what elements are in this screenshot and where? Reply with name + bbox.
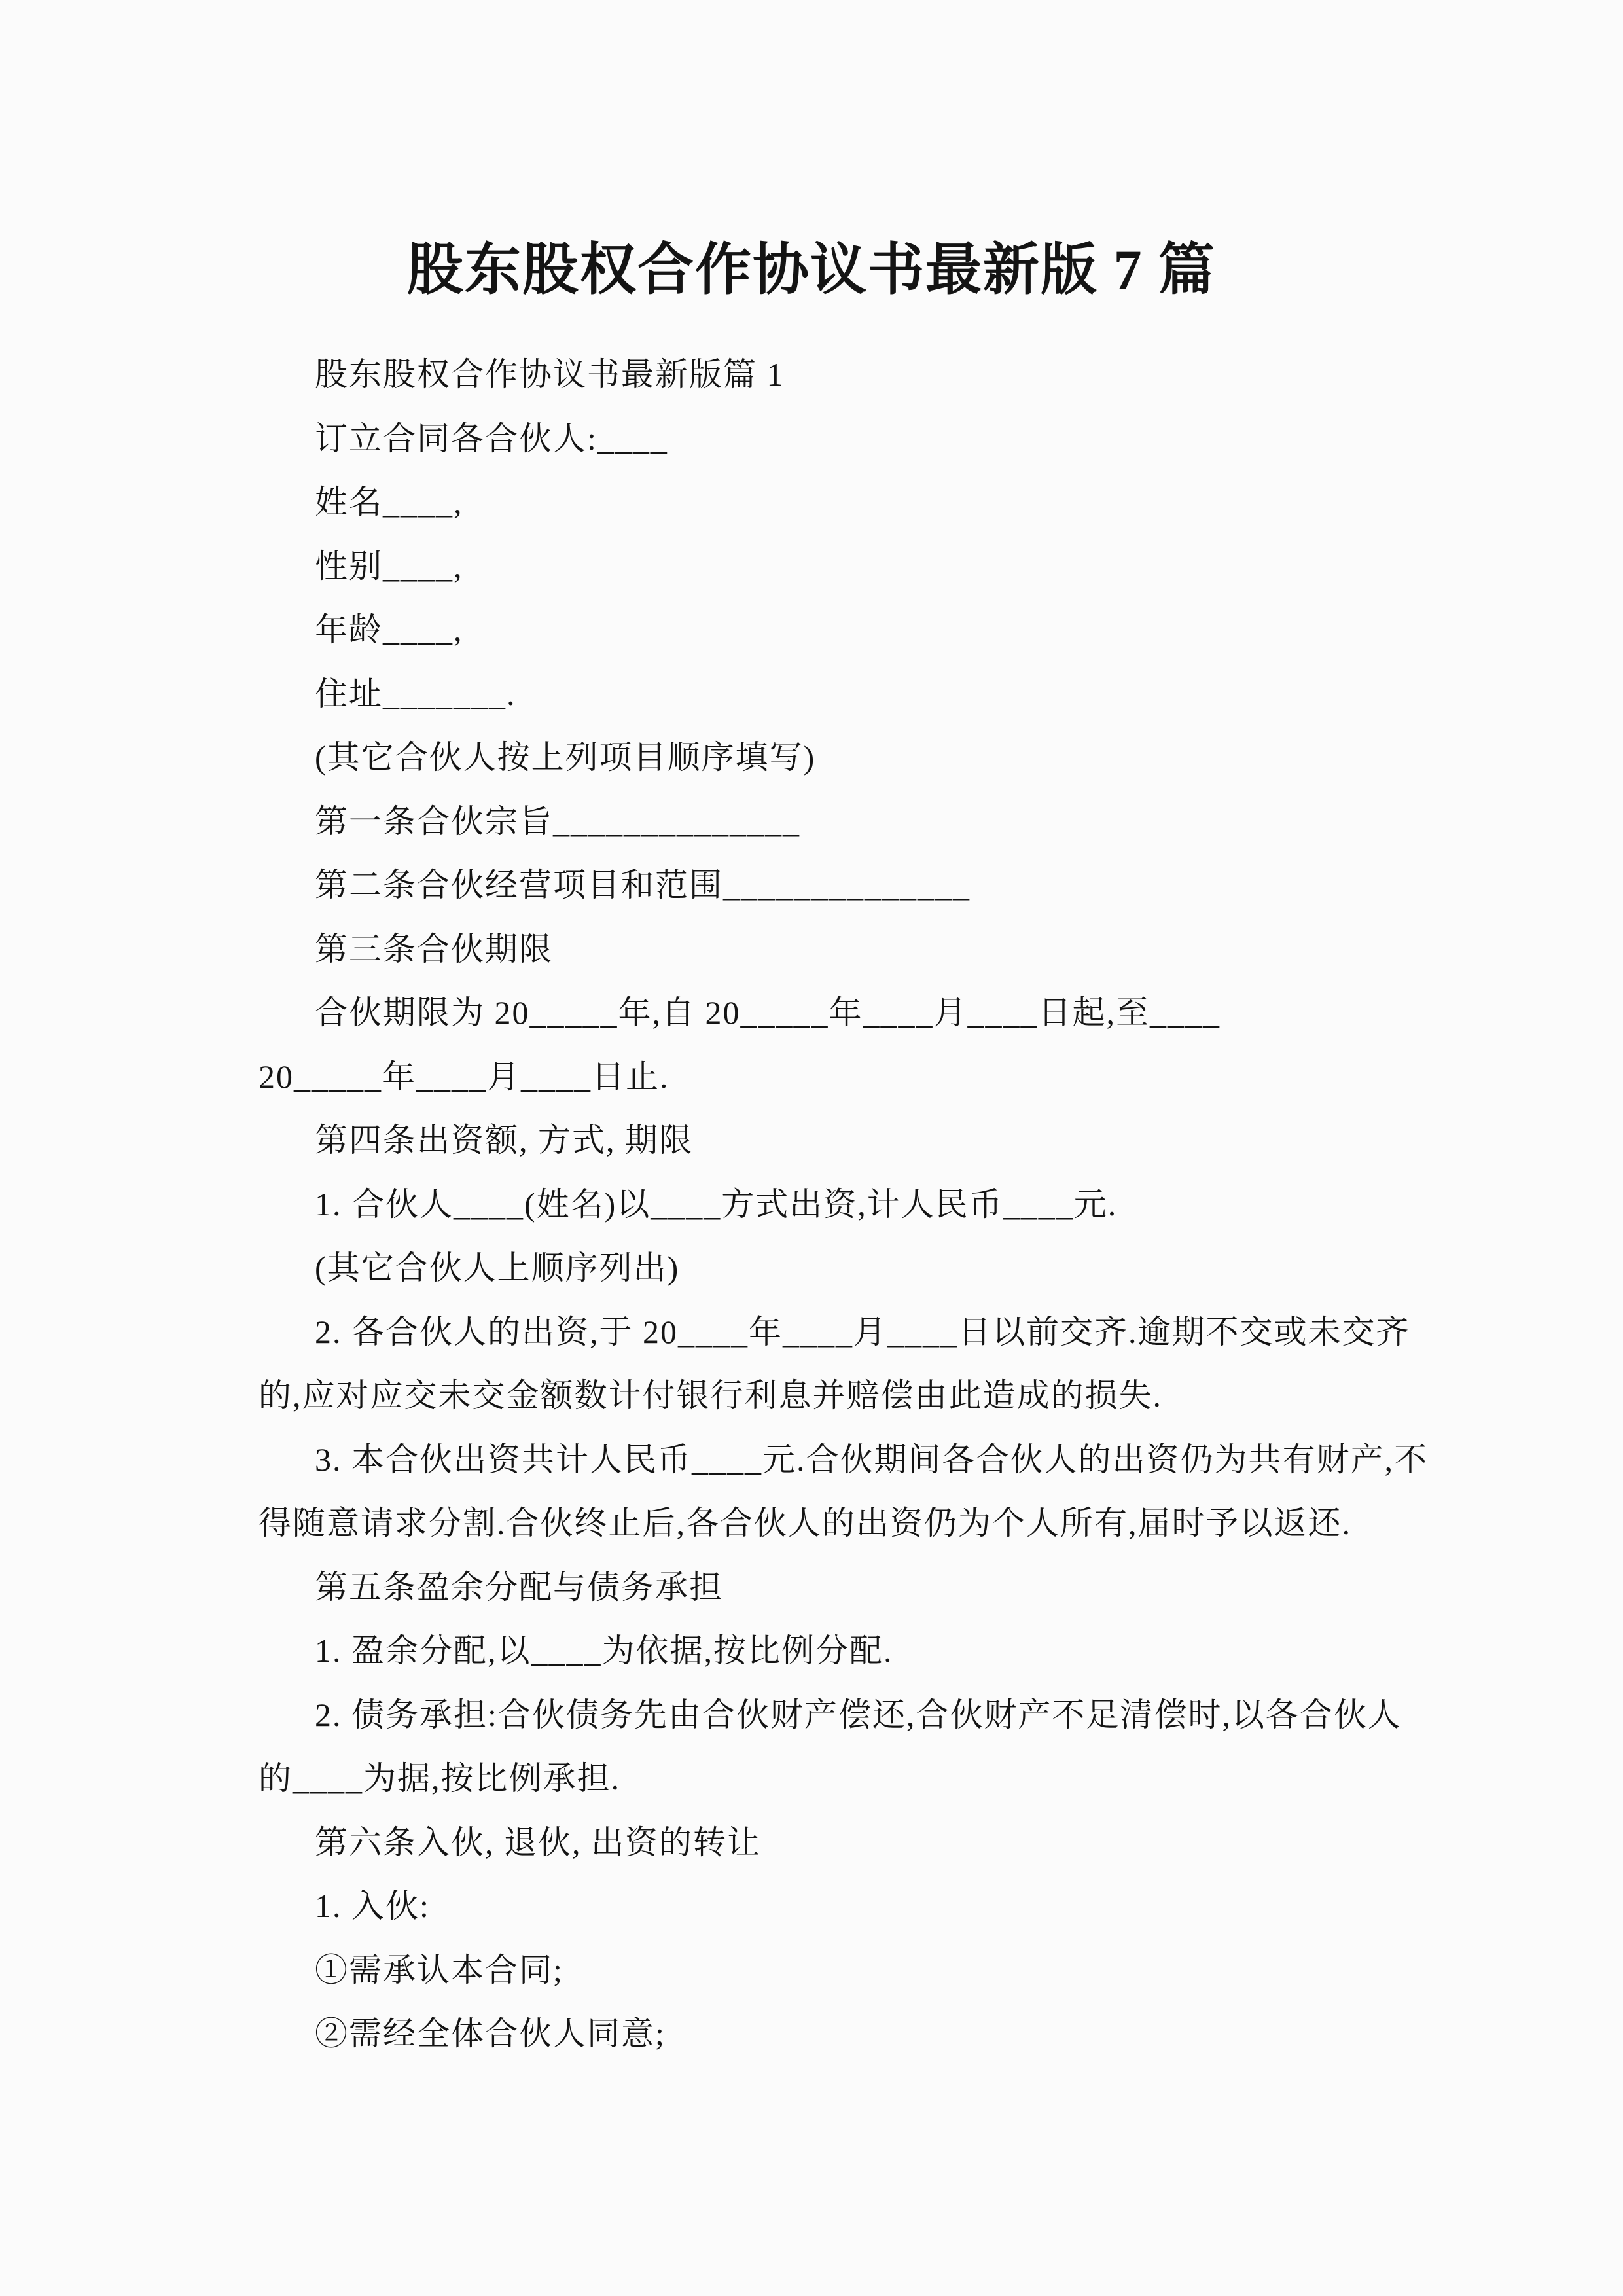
- document-line: 第三条合伙期限: [259, 918, 1479, 982]
- document-line: 1. 合伙人____(姓名)以____方式出资,计人民币____元.: [259, 1173, 1479, 1237]
- document-line: 第五条盈余分配与债务承担: [259, 1556, 1479, 1620]
- document-title: 股东股权合作协议书最新版 7 篇: [0, 0, 1623, 309]
- document-line: 的____为据,按比例承担.: [259, 1747, 1479, 1811]
- document-line: 20_____年____月____日止.: [259, 1045, 1479, 1109]
- document-line: (其它合伙人上顺序列出): [259, 1236, 1479, 1300]
- document-body: 股东股权合作协议书最新版篇 1订立合同各合伙人:____姓名____,性别___…: [0, 343, 1623, 2066]
- document-line: 第四条出资额, 方式, 期限: [259, 1109, 1479, 1173]
- document-line: 合伙期限为 20_____年,自 20_____年____月____日起,至__…: [259, 981, 1479, 1045]
- document-line: 第二条合伙经营项目和范围______________: [259, 853, 1479, 918]
- document-line: 住址_______.: [259, 662, 1479, 726]
- document-line: 2. 债务承担:合伙债务先由合伙财产偿还,合伙财产不足清偿时,以各合伙人: [259, 1683, 1479, 1748]
- document-line: 3. 本合伙出资共计人民币____元.合伙期间各合伙人的出资仍为共有财产,不: [259, 1428, 1479, 1492]
- document-line: (其它合伙人按上列项目顺序填写): [259, 726, 1479, 790]
- document-line: 股东股权合作协议书最新版篇 1: [259, 343, 1479, 407]
- document-line: 姓名____,: [259, 471, 1479, 535]
- document-line: 第六条入伙, 退伙, 出资的转让: [259, 1811, 1479, 1875]
- document-page: 股东股权合作协议书最新版 7 篇 股东股权合作协议书最新版篇 1订立合同各合伙人…: [0, 0, 1623, 2296]
- document-line: 性别____,: [259, 535, 1479, 599]
- document-line: 1. 盈余分配,以____为依据,按比例分配.: [259, 1619, 1479, 1683]
- document-line: 得随意请求分割.合伙终止后,各合伙人的出资仍为个人所有,届时予以返还.: [259, 1492, 1479, 1556]
- document-line: 的,应对应交未交金额数计付银行利息并赔偿由此造成的损失.: [259, 1364, 1479, 1428]
- document-line: ①需承认本合同;: [259, 1939, 1479, 2003]
- document-line: 2. 各合伙人的出资,于 20____年____月____日以前交齐.逾期不交或…: [259, 1300, 1479, 1365]
- document-line: ②需经全体合伙人同意;: [259, 2002, 1479, 2066]
- document-line: 第一条合伙宗旨______________: [259, 790, 1479, 854]
- document-line: 1. 入伙:: [259, 1874, 1479, 1939]
- document-line: 年龄____,: [259, 598, 1479, 662]
- document-line: 订立合同各合伙人:____: [259, 407, 1479, 471]
